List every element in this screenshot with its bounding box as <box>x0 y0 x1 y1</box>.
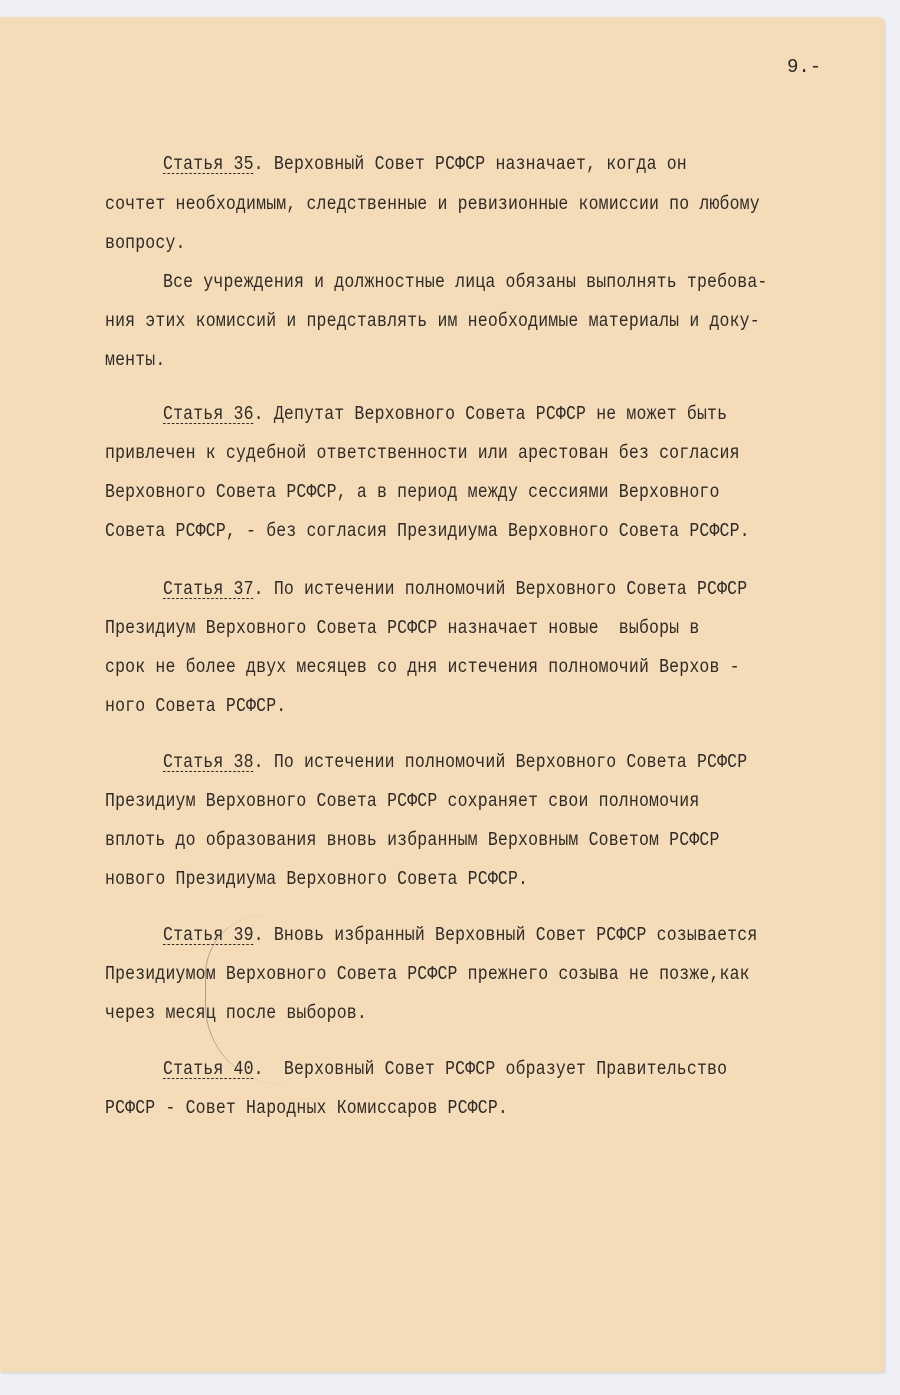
text-line: Верховного Совета РСФСР, а в период межд… <box>105 481 720 503</box>
text-line: Президиум Верховного Совета РСФСР назнач… <box>105 617 699 639</box>
text-line: ния этих комиссий и представлять им необ… <box>105 310 760 332</box>
article-text: . По истечении полномочий Верховного Сов… <box>254 578 748 600</box>
article-text: . Верховный Совет РСФСР образует Правите… <box>254 1058 727 1080</box>
text-line: Статья 35. Верховный Совет РСФСР назнача… <box>163 153 687 175</box>
text-line: привлечен к судебной ответственности или… <box>105 442 740 464</box>
article-text: . Депутат Верховного Совета РСФСР не мож… <box>254 403 727 425</box>
text-line: нового Президиума Верховного Совета РСФС… <box>105 868 528 890</box>
article-label: Статья 36 <box>163 403 254 425</box>
text-line: вплоть до образования вновь избранным Ве… <box>105 829 720 851</box>
text-line: Статья 38. По истечении полномочий Верхо… <box>163 751 747 773</box>
text-line: вопросу. <box>105 232 186 254</box>
text-line: РСФСР - Совет Народных Комиссаров РСФСР. <box>105 1097 508 1119</box>
text-line: ного Совета РСФСР. <box>105 695 286 717</box>
article-label: Статья 38 <box>163 751 254 773</box>
article-label: Статья 37 <box>163 578 254 600</box>
text-line: Статья 36. Депутат Верховного Совета РСФ… <box>163 403 727 425</box>
text-line: Статья 37. По истечении полномочий Верхо… <box>163 578 747 600</box>
article-text: . Вновь избранный Верховный Совет РСФСР … <box>254 924 758 946</box>
text-line: Президиумом Верховного Совета РСФСР преж… <box>105 963 750 985</box>
text-line: Все учреждения и должностные лица обязан… <box>163 271 767 293</box>
text-line: Президиум Верховного Совета РСФСР сохран… <box>105 790 699 812</box>
article-text: . По истечении полномочий Верховного Сов… <box>254 751 748 773</box>
article-label: Статья 35 <box>163 153 254 175</box>
text-line: срок не более двух месяцев со дня истече… <box>105 656 740 678</box>
page-number: 9.- <box>787 56 821 78</box>
text-line: Совета РСФСР, - без согласия Президиума … <box>105 520 750 542</box>
text-line: сочтет необходимым, следственные и ревиз… <box>105 193 760 215</box>
article-text: . Верховный Совет РСФСР назначает, когда… <box>254 153 687 175</box>
text-line: менты. <box>105 349 165 371</box>
